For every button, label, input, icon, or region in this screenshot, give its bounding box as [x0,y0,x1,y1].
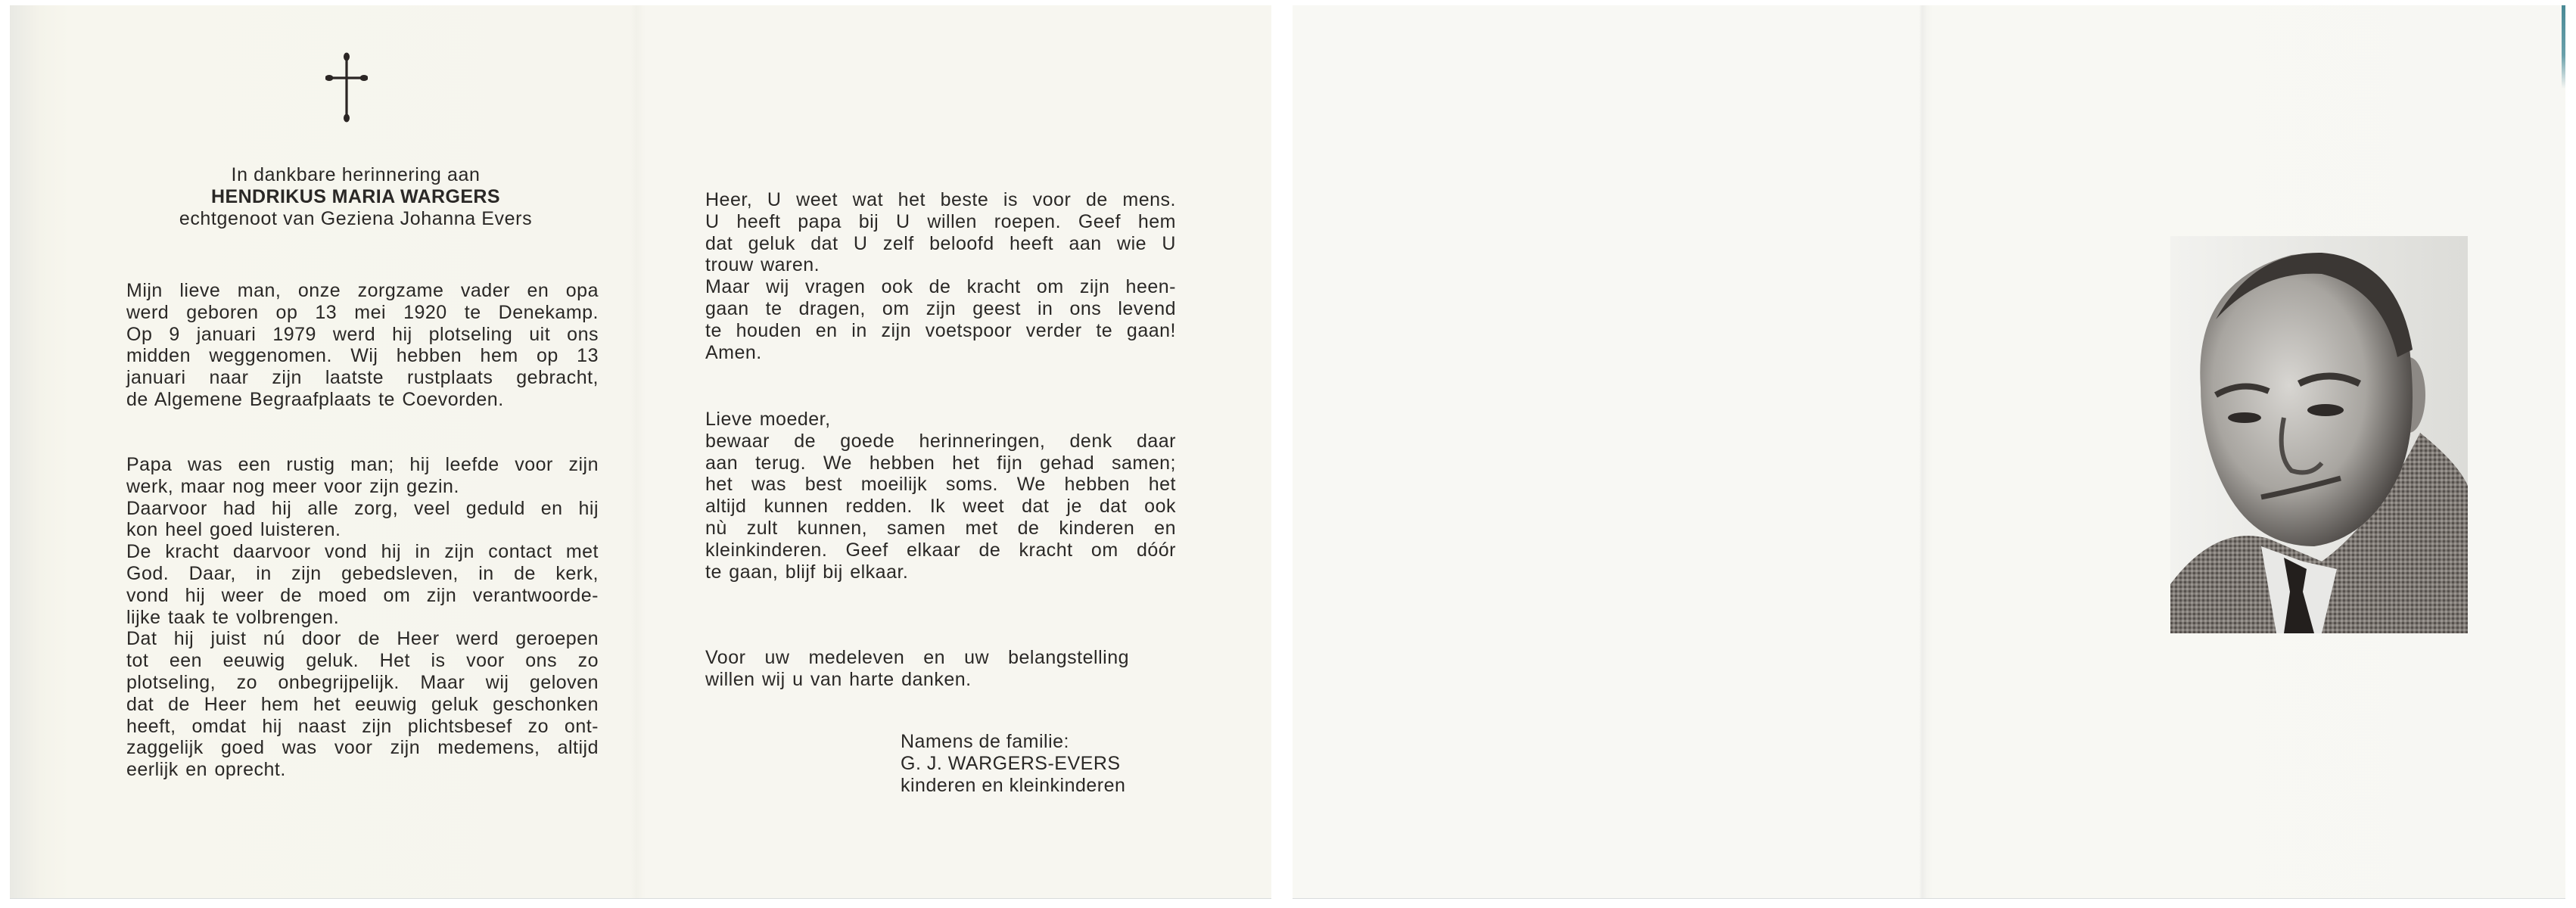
latin-cross-icon [325,51,368,123]
text-line: werd geboren op 13 mei 1920 te Denekamp. [126,302,599,324]
text-line: Lieve moeder, [705,409,1176,431]
text-line: vond hij weer de moed om zijn verantwoor… [126,585,599,607]
text-line: God. Daar, in zijn gebedsleven, in de ke… [126,563,599,585]
text-line: de Algemene Begraafplaats te Coevorden. [126,389,599,411]
text-line: willen wij u van harte danken. [705,669,1129,691]
text-line: Maar wij vragen ook de kracht om zijn he… [705,276,1176,298]
text-line: te houden en in zijn voetspoor verder te… [705,320,1176,342]
family-signature: Namens de familie: G. J. WARGERS-EVERS k… [901,731,1125,796]
text-line: De kracht daarvoor vond hij in zijn cont… [126,541,599,563]
text-line: Daarvoor had hij alle zorg, veel geduld … [126,498,599,520]
to-mother-paragraph: Lieve moeder,bewaar de goede herinnering… [705,409,1176,583]
text-line: januari naar zijn laatste rustplaats geb… [126,367,599,389]
portrait-photo [2170,236,2468,633]
text-line: gaan te dragen, om zijn geest in ons lev… [705,298,1176,320]
text-line: altijd kunnen redden. Ik weet dat je dat… [705,496,1176,518]
scan-edge-artifact [2562,5,2565,89]
thanks-paragraph: Voor uw medeleven en uw belangstellingwi… [705,647,1129,691]
prayer-paragraph: Heer, U weet wat het beste is voor de me… [705,189,1176,363]
text-line: heeft, omdat hij naast zijn plichtsbesef… [126,716,599,738]
text-line: Papa was een rustig man; hij leefde voor… [126,454,599,476]
text-line: kleinkinderen. Geef elkaar de kracht om … [705,540,1176,561]
dedication-line: In dankbare herinnering aan [106,164,605,186]
text-line: Heer, U weet wat het beste is voor de me… [705,189,1176,211]
character-paragraph: Papa was een rustig man; hij leefde voor… [126,454,599,781]
text-line: Voor uw medeleven en uw belangstelling [705,647,1129,669]
text-line: zaggelijk goed was voor zijn medemens, a… [126,737,599,759]
text-line: het was best moeilijk soms. We hebben he… [705,474,1176,496]
memorial-heading: In dankbare herinnering aan HENDRIKUS MA… [106,164,605,230]
text-line: werk, maar nog meer voor zijn gezin. [126,476,599,498]
signature-name: G. J. WARGERS-EVERS [901,753,1125,775]
text-line: dat de Heer hem het eeuwig geluk geschon… [126,694,599,716]
text-line: plotseling, zo onbegrijpelijk. Maar wij … [126,672,599,694]
text-line: Mijn lieve man, onze zorgzame vader en o… [126,280,599,302]
text-line: midden weggenomen. Wij hebben hem op 13 [126,345,599,367]
text-line: Amen. [705,342,1176,364]
text-line: trouw waren. [705,254,1176,276]
text-line: te gaan, blijf bij elkaar. [705,561,1176,583]
text-line: U heeft papa bij U willen roepen. Geef h… [705,211,1176,233]
spouse-line: echtgenoot van Geziena Johanna Evers [106,208,605,230]
text-line: eerlijk en oprecht. [126,759,599,781]
text-line: lijke taak te volbrengen. [126,607,599,629]
life-summary-paragraph: Mijn lieve man, onze zorgzame vader en o… [126,280,599,411]
text-line: Op 9 januari 1979 werd hij plotseling ui… [126,324,599,346]
text-line: nù zult kunnen, samen met de kinderen en [705,518,1176,540]
text-line: dat geluk dat U zelf beloofd heeft aan w… [705,233,1176,255]
text-line: tot een eeuwig geluk. Het is voor ons zo [126,650,599,672]
text-line: aan terug. We hebben het fijn gehad same… [705,452,1176,474]
text-line: kon heel goed luisteren. [126,519,599,541]
text-line: Dat hij juist nú door de Heer werd geroe… [126,628,599,650]
signature-intro: Namens de familie: [901,731,1125,753]
deceased-name: HENDRIKUS MARIA WARGERS [106,186,605,208]
text-line: bewaar de goede herinneringen, denk daar [705,431,1176,452]
signature-family: kinderen en kleinkinderen [901,775,1125,797]
